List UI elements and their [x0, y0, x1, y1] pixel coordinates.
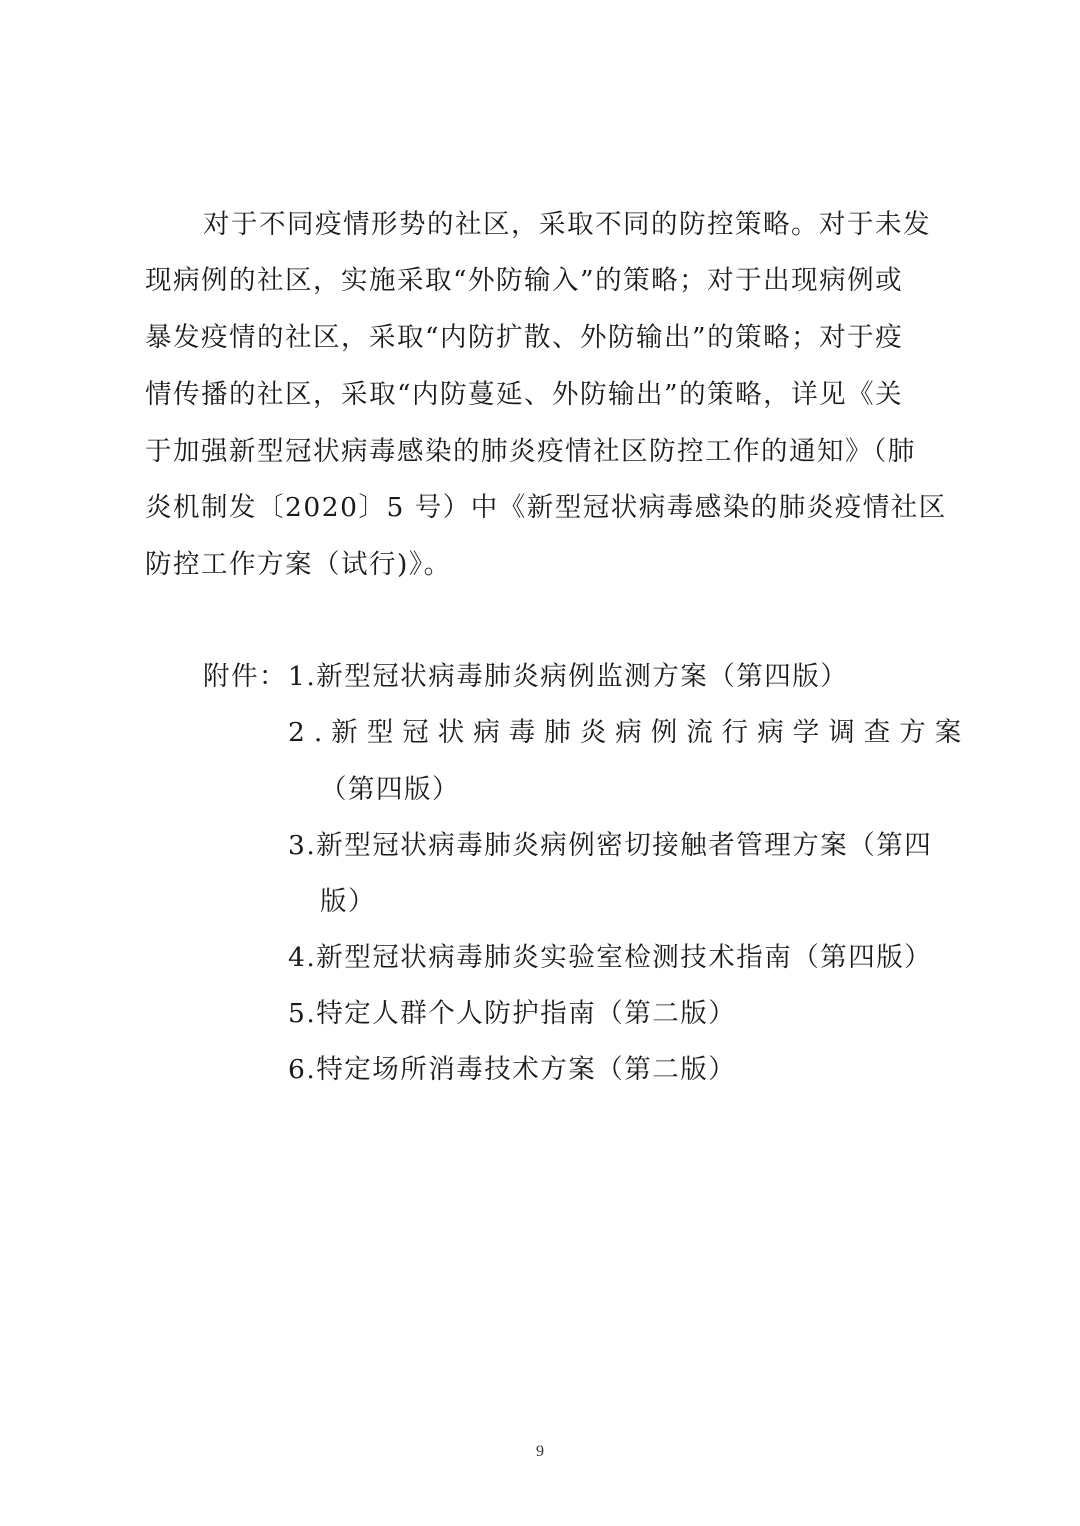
attachment-title: 新型冠状病毒肺炎病例密切接触者管理方案（第四 [316, 830, 932, 861]
page-number: 9 [0, 1443, 1080, 1461]
attachment-item-4: 4.新型冠状病毒肺炎实验室检测技术指南（第四版） [288, 941, 932, 975]
paragraph-line-5: 于加强新型冠状病毒感染的肺炎疫情社区防控工作的通知》（肺 [145, 435, 945, 469]
paragraph-line-6: 炎机制发〔2020〕5 号）中《新型冠状病毒感染的肺炎疫情社区 [145, 491, 945, 525]
attachment-title: 新型冠状病毒肺炎病例流行病学调查方案 [331, 717, 970, 748]
attachment-number: 5. [288, 998, 316, 1029]
paragraph-line-3: 暴发疫情的社区，采取“内防扩散、外防输出”的策略；对于疫 [145, 321, 945, 355]
attachment-item-5: 5.特定人群个人防护指南（第二版） [288, 997, 736, 1031]
attachment-item-6: 6.特定场所消毒技术方案（第二版） [288, 1053, 736, 1087]
attachment-title: 新型冠状病毒肺炎实验室检测技术指南（第四版） [316, 942, 932, 973]
attachment-number: 1. [288, 661, 316, 692]
attachment-number: 3. [288, 830, 316, 861]
attachment-number: 6. [288, 1054, 316, 1085]
attachment-item-2: 2.新型冠状病毒肺炎病例流行病学调查方案 [288, 716, 944, 750]
attachment-number: 2. [288, 717, 331, 748]
paragraph-line-2: 现病例的社区，实施采取“外防输入”的策略；对于出现病例或 [145, 264, 945, 298]
paragraph-line-1: 对于不同疫情形势的社区，采取不同的防控策略。对于未发 [203, 208, 943, 242]
paragraph-line-4: 情传播的社区，采取“内防蔓延、外防输出”的策略，详见《关 [145, 378, 945, 412]
attachment-item-3-continuation: 版） [320, 885, 376, 919]
attachment-title: 新型冠状病毒肺炎病例监测方案（第四版） [316, 661, 848, 692]
attachment-title: 特定场所消毒技术方案（第二版） [316, 1054, 736, 1085]
document-page: 对于不同疫情形势的社区，采取不同的防控策略。对于未发 现病例的社区，实施采取“外… [0, 0, 1080, 1526]
attachment-item-1: 1.新型冠状病毒肺炎病例监测方案（第四版） [288, 660, 848, 694]
attachment-title: 特定人群个人防护指南（第二版） [316, 998, 736, 1029]
attachments-label: 附件： [203, 660, 287, 694]
attachment-number: 4. [288, 942, 316, 973]
attachment-item-3: 3.新型冠状病毒肺炎病例密切接触者管理方案（第四 [288, 829, 932, 863]
attachment-item-2-continuation: （第四版） [320, 773, 460, 807]
paragraph-line-7: 防控工作方案（试行)》。 [145, 548, 452, 582]
